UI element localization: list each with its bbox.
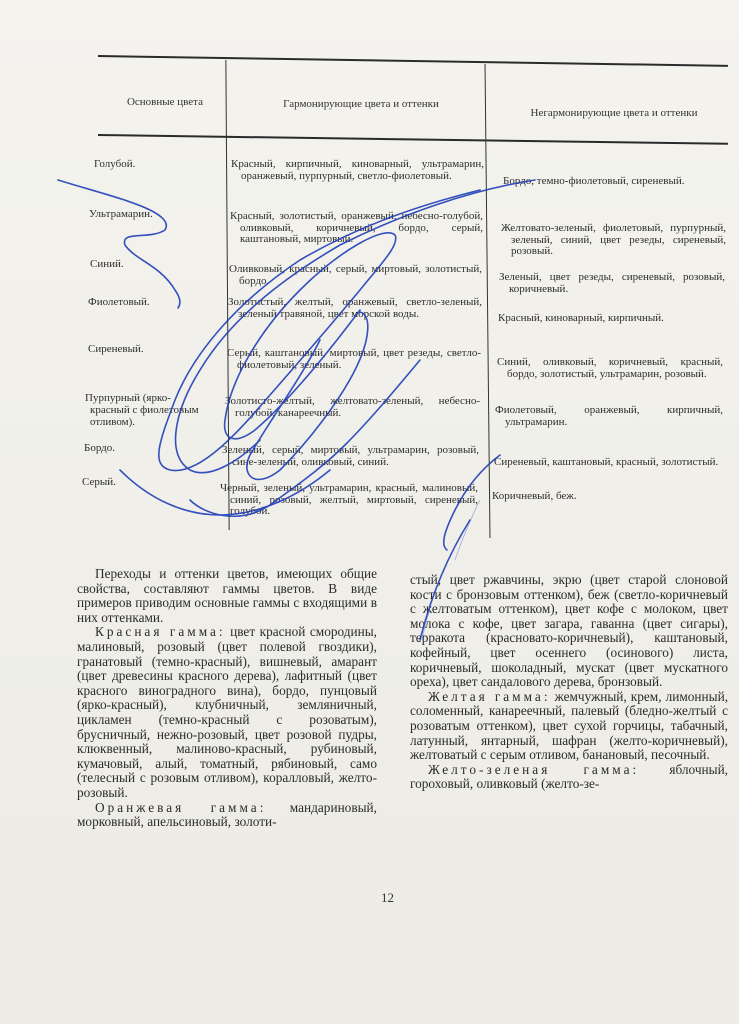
non-harmonizing-6: Сиреневый, каштановый, красный, золотист… (494, 457, 722, 469)
orange-gamut-paragraph: Оранжевая гамма: мандариновый, морковный… (77, 801, 377, 830)
yellow-green-gamut-paragraph: Желто-зеленая гамма: яблочный, гороховый… (410, 763, 728, 792)
harmonizing-1: Красный, золотистый, оранжевый, небесно-… (230, 211, 483, 246)
base-color-2: Синий. (90, 258, 124, 270)
intro-paragraph: Переходы и оттенки цветов, имеющих общие… (77, 567, 377, 625)
non-harmonizing-3: Красный, киноварный, кирпичный. (498, 313, 724, 325)
base-color-7: Серый. (82, 476, 116, 488)
non-harmonizing-4: Синий, оливковый, коричневый, красный, б… (497, 357, 723, 380)
harmonizing-7: Черный, зеленый, ультрамарин, красный, м… (220, 483, 478, 518)
non-harmonizing-2: Зеленый, цвет резеды, сиреневый, розовый… (499, 272, 725, 295)
table-top-rule (98, 55, 728, 67)
table-col-divider-2 (485, 64, 491, 538)
red-gamut-paragraph: Красная гамма: цвет красной смородины, м… (77, 625, 377, 800)
base-color-6: Бордо. (84, 442, 115, 454)
page-number: 12 (381, 890, 394, 906)
orange-gamut-continued: стый, цвет ржавчины, экрю (цвет старой с… (410, 573, 728, 690)
harmonizing-6: Зеленый, серый, миртовый, ультрамарин, р… (222, 445, 479, 468)
base-color-5: Пурпурный (ярко-красный с фиолетовым отл… (85, 392, 200, 428)
book-page: Основные цвета Гармонирующие цвета и отт… (0, 0, 739, 1024)
non-harmonizing-5: Фиолетовый, оранжевый, кирпичный, ультра… (495, 405, 723, 428)
base-color-4: Сиреневый. (88, 343, 144, 355)
header-non-harmonizing: Негармонирующие цвета и оттенки (494, 107, 734, 119)
harmonizing-5: Золотисто-желтый, желтовато-зеленый, неб… (225, 396, 480, 419)
body-right-column: стый, цвет ржавчины, экрю (цвет старой с… (410, 573, 728, 792)
non-harmonizing-1: Желтовато-зеленый, фиолетовый, пурпурный… (501, 223, 726, 258)
table-header-rule (98, 134, 728, 144)
non-harmonizing-7: Коричневый, беж. (492, 491, 720, 503)
harmonizing-0: Красный, кирпичный, киноварный, ультрама… (231, 159, 484, 182)
header-base-colors: Основные цвета (110, 96, 220, 108)
base-color-1: Ультрамарин. (89, 208, 153, 220)
harmonizing-2: Оливковый, красный, серый, миртовый, зол… (229, 264, 482, 287)
body-left-column: Переходы и оттенки цветов, имеющих общие… (77, 567, 377, 830)
yellow-gamut-paragraph: Желтая гамма: жемчужный, крем, лимонный,… (410, 690, 728, 763)
header-harmonizing: Гармонирующие цвета и оттенки (236, 98, 486, 110)
harmonizing-4: Серый, каштановый, миртовый, цвет резеды… (227, 348, 481, 371)
non-harmonizing-0: Бордо, темно-фиолетовый, сиреневый. (503, 176, 728, 188)
harmonizing-3: Золотистый, желтый, оранжевый, светло-зе… (228, 297, 482, 320)
base-color-3: Фиолетовый. (88, 296, 150, 308)
base-color-0: Голубой. (94, 158, 135, 170)
